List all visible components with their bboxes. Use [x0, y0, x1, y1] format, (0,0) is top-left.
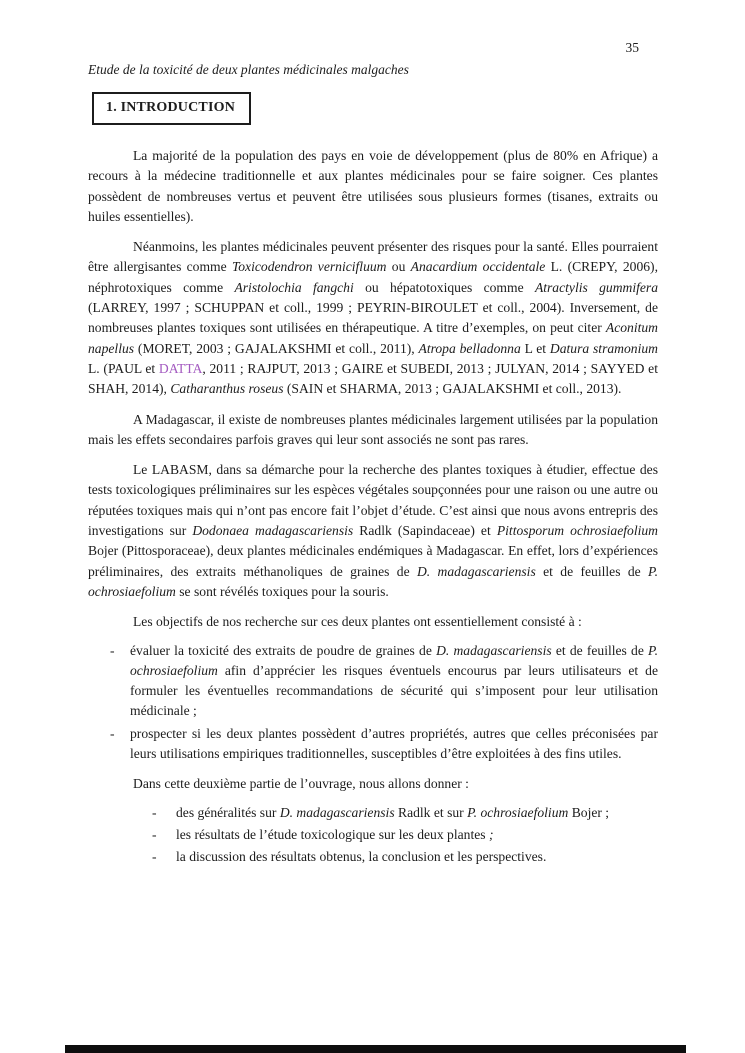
dash-bullet: - [152, 847, 157, 867]
list-item: - les résultats de l’étude toxicologique… [88, 825, 658, 845]
list-item-text: la discussion des résultats obtenus, la … [176, 849, 546, 864]
paragraph-labasm: Le LABASM, dans sa démarche pour la rech… [88, 460, 658, 602]
section-heading: 1. INTRODUCTION [106, 100, 235, 115]
dash-bullet: - [152, 803, 157, 823]
list-item-text: évaluer la toxicité des extraits de poud… [130, 643, 658, 719]
paragraph-outline-intro: Dans cette deuxième partie de l’ouvrage,… [88, 774, 658, 794]
list-item-text: les résultats de l’étude toxicologique s… [176, 827, 494, 842]
dash-bullet: - [152, 825, 157, 845]
scanned-page: 35 Etude de la toxicité de deux plantes … [0, 0, 745, 1053]
list-item: - des généralités sur D. madagascariensi… [88, 803, 658, 823]
page-number: 35 [626, 40, 640, 56]
paragraph-risks: Néanmoins, les plantes médicinales peuve… [88, 237, 658, 399]
paragraph-madagascar: A Madagascar, il existe de nombreuses pl… [88, 410, 658, 451]
list-item: - évaluer la toxicité des extraits de po… [88, 641, 658, 722]
scan-artifact-bar [65, 1045, 686, 1053]
paragraph-majority: La majorité de la population des pays en… [88, 146, 658, 227]
list-item: - la discussion des résultats obtenus, l… [88, 847, 658, 867]
paragraph-objectives-intro: Les objectifs de nos recherche sur ces d… [88, 612, 658, 632]
dash-bullet: - [110, 724, 115, 744]
objectives-list: - évaluer la toxicité des extraits de po… [88, 641, 658, 765]
section-heading-box: 1. INTRODUCTION [92, 92, 251, 125]
list-item-text: prospecter si les deux plantes possèdent… [130, 726, 658, 761]
outline-list: - des généralités sur D. madagascariensi… [88, 803, 658, 868]
dash-bullet: - [110, 641, 115, 661]
list-item: - prospecter si les deux plantes possède… [88, 724, 658, 765]
page-content: Etude de la toxicité de deux plantes méd… [88, 62, 658, 868]
running-title: Etude de la toxicité de deux plantes méd… [88, 62, 658, 78]
list-item-text: des généralités sur D. madagascariensis … [176, 805, 609, 820]
